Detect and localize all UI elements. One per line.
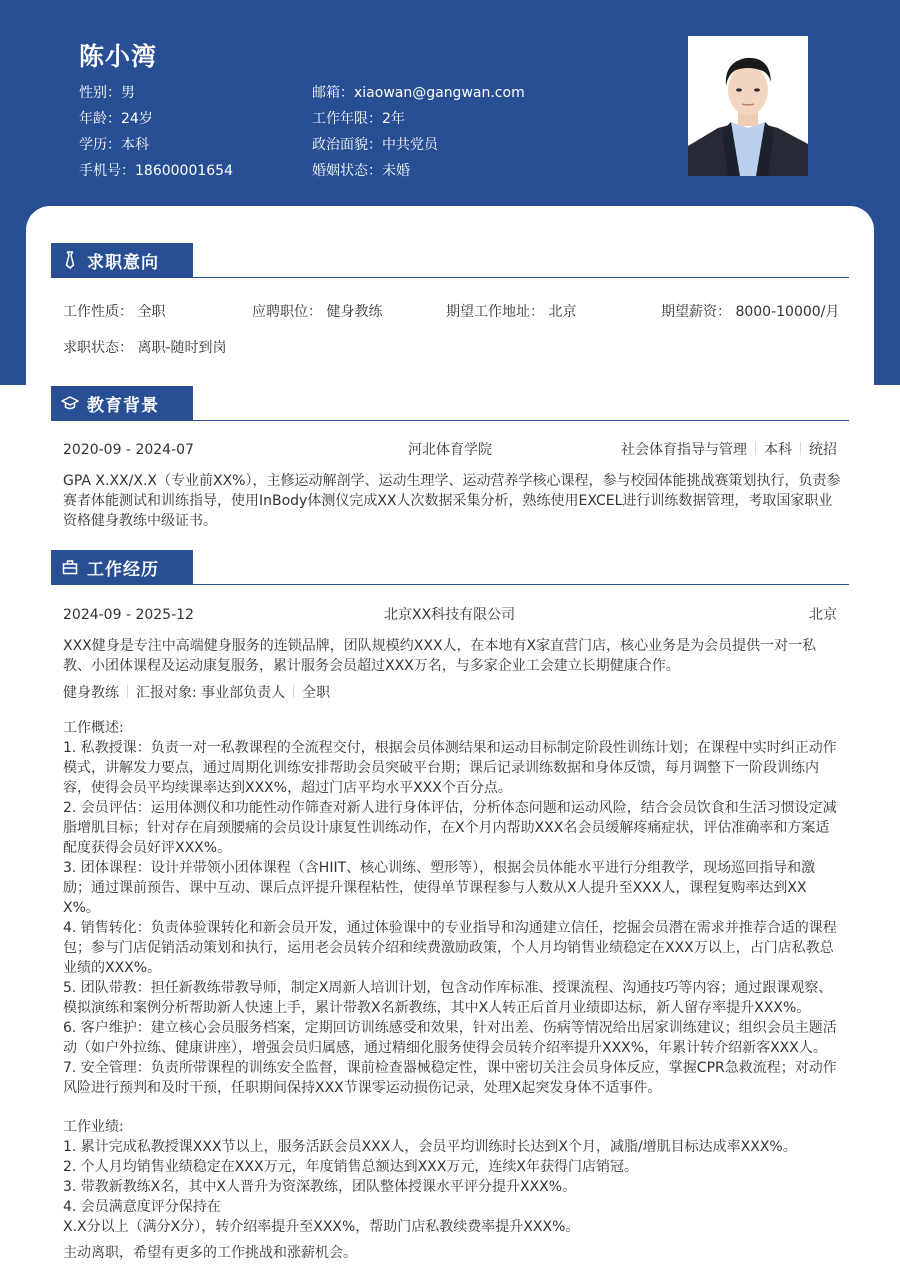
portrait-illustration xyxy=(688,36,808,176)
overview-item: 2. 会员评估：运用体测仪和功能性动作筛查对新人进行身体评估，分析体态问题和运动… xyxy=(63,798,843,858)
overview-item: 1. 私教授课：负责一对一私教课程的全流程交付，根据会员体测结果和运动目标制定阶… xyxy=(63,738,843,798)
info-label: 年龄： xyxy=(79,111,121,127)
info-value: 未婚 xyxy=(382,163,410,179)
overview-item: 3. 团体课程：设计并带领小团体课程（含HIIT、核心训练、塑形等），根据会员体… xyxy=(63,858,843,918)
field-label: 求职状态： xyxy=(63,340,133,356)
work-job-type: 全职 xyxy=(302,685,330,701)
graduation-cap-icon xyxy=(61,394,79,412)
field-label: 应聘职位： xyxy=(252,304,322,320)
info-label: 学历： xyxy=(79,137,121,153)
field-label: 期望工作地址： xyxy=(446,304,544,320)
candidate-name: 陈小湾 xyxy=(79,37,157,73)
work-report-to: 汇报对象: 事业部负责人 xyxy=(136,685,285,701)
intent-job-type: 工作性质： 全职 xyxy=(63,302,165,322)
info-gender: 性别：男 xyxy=(79,80,233,106)
avatar-photo xyxy=(688,36,808,176)
info-phone: 手机号：18600001654 xyxy=(79,158,233,184)
tie-icon xyxy=(61,251,79,269)
education-period: 2020-09 - 2024-07 xyxy=(63,440,194,460)
info-education: 学历：本科 xyxy=(79,132,233,158)
section-tab: 教育背景 xyxy=(51,386,193,420)
section-work-experience: 工作经历 xyxy=(51,550,849,585)
section-title: 求职意向 xyxy=(87,248,159,273)
overview-item: 7. 安全管理：负责所带课程的训练安全监督，课前检查器械稳定性，课中密切关注会员… xyxy=(63,1058,843,1098)
info-label: 政治面貌： xyxy=(312,137,382,153)
work-period: 2024-09 - 2025-12 xyxy=(63,605,194,625)
info-value: 24岁 xyxy=(121,111,153,127)
section-education: 教育背景 xyxy=(51,386,849,421)
info-label: 工作年限： xyxy=(312,111,382,127)
personal-info-left: 性别：男 年龄：24岁 学历：本科 手机号：18600001654 xyxy=(79,80,233,184)
field-label: 期望薪资： xyxy=(661,304,731,320)
info-value: xiaowan@gangwan.com xyxy=(354,85,525,101)
briefcase-icon xyxy=(61,558,79,576)
section-tab: 求职意向 xyxy=(51,243,193,277)
education-degree: 本科 xyxy=(764,442,792,458)
section-title: 教育背景 xyxy=(87,391,159,416)
info-work-years: 工作年限：2年 xyxy=(312,106,525,132)
education-description: GPA X.XX/X.X（专业前XX%），主修运动解剖学、运动生理学、运动营养学… xyxy=(63,471,843,531)
work-company: 北京XX科技有限公司 xyxy=(384,605,515,625)
work-role-meta: 健身教练汇报对象: 事业部负责人全职 xyxy=(63,683,330,703)
info-value: 本科 xyxy=(121,137,149,153)
info-label: 婚姻状态： xyxy=(312,163,382,179)
leave-reason: 主动离职，希望有更多的工作挑战和涨薪机会。 xyxy=(63,1243,843,1263)
section-tab: 工作经历 xyxy=(51,550,193,584)
separator xyxy=(755,442,756,455)
work-city: 北京 xyxy=(809,605,837,625)
section-title: 工作经历 xyxy=(87,555,159,580)
achievement-item: 2. 个人月均销售业绩稳定在XXX万元，年度销售总额达到XXX万元，连续X年获得… xyxy=(63,1157,843,1177)
education-school: 河北体育学院 xyxy=(408,440,492,460)
work-role: 健身教练 xyxy=(63,685,119,701)
overview-label: 工作概述: xyxy=(63,718,843,738)
intent-position: 应聘职位： 健身教练 xyxy=(252,302,382,322)
intent-status: 求职状态： 离职-随时到岗 xyxy=(63,338,227,358)
field-value: 北京 xyxy=(548,304,576,320)
intent-salary: 期望薪资： 8000-10000/月 xyxy=(661,302,839,322)
overview-item: 6. 客户维护：建立核心会员服务档案，定期回访训练感受和效果，针对出差、伤病等情… xyxy=(63,1018,843,1058)
info-label: 邮箱： xyxy=(312,85,354,101)
info-age: 年龄：24岁 xyxy=(79,106,233,132)
field-value: 全职 xyxy=(137,304,165,320)
achievement-item: 4. 会员满意度评分保持在 xyxy=(63,1197,843,1217)
field-value: 离职-随时到岗 xyxy=(137,340,226,356)
achievements-label: 工作业绩: xyxy=(63,1117,843,1137)
company-intro: XXX健身是专注中高端健身服务的连锁品牌，团队规模约XXX人，在本地有X家直营门… xyxy=(63,636,843,676)
field-label: 工作性质： xyxy=(63,304,133,320)
achievement-item: 3. 带教新教练X名，其中X人晋升为资深教练，团队整体授课水平评分提升XXX%。 xyxy=(63,1177,843,1197)
info-marital-status: 婚姻状态：未婚 xyxy=(312,158,525,184)
overview-item: 4. 销售转化：负责体验课转化和新会员开发，通过体验课中的专业指导和沟通建立信任… xyxy=(63,918,843,978)
achievement-item: X.X分以上（满分X分），转介绍率提升至XXX%，帮助门店私教续费率提升XXX%… xyxy=(63,1217,843,1237)
separator xyxy=(293,685,294,698)
education-major: 社会体育指导与管理 xyxy=(621,442,747,458)
intent-location: 期望工作地址： 北京 xyxy=(446,302,576,322)
info-value: 2年 xyxy=(382,111,405,127)
work-achievements: 工作业绩: 1. 累计完成私教授课XXX节以上，服务活跃会员XXX人，会员平均训… xyxy=(63,1117,843,1237)
achievement-item: 1. 累计完成私教授课XXX节以上，服务活跃会员XXX人，会员平均训练时长达到X… xyxy=(63,1137,843,1157)
info-label: 性别： xyxy=(79,85,121,101)
education-meta: 社会体育指导与管理本科统招 xyxy=(621,440,837,460)
info-value: 中共党员 xyxy=(382,137,438,153)
separator xyxy=(800,442,801,455)
info-label: 手机号： xyxy=(79,163,135,179)
field-value: 8000-10000/月 xyxy=(735,304,839,320)
info-value: 18600001654 xyxy=(135,163,233,179)
overview-item: 5. 团队带教：担任新教练带教导师，制定X周新人培训计划，包含动作库标准、授课流… xyxy=(63,978,843,1018)
info-political-status: 政治面貌：中共党员 xyxy=(312,132,525,158)
education-enrollment: 统招 xyxy=(809,442,837,458)
field-value: 健身教练 xyxy=(326,304,382,320)
personal-info-right: 邮箱：xiaowan@gangwan.com 工作年限：2年 政治面貌：中共党员… xyxy=(312,80,525,184)
separator xyxy=(127,685,128,698)
work-overview: 工作概述: 1. 私教授课：负责一对一私教课程的全流程交付，根据会员体测结果和运… xyxy=(63,718,843,1098)
info-value: 男 xyxy=(121,85,135,101)
section-job-intent: 求职意向 xyxy=(51,243,849,278)
info-email: 邮箱：xiaowan@gangwan.com xyxy=(312,80,525,106)
